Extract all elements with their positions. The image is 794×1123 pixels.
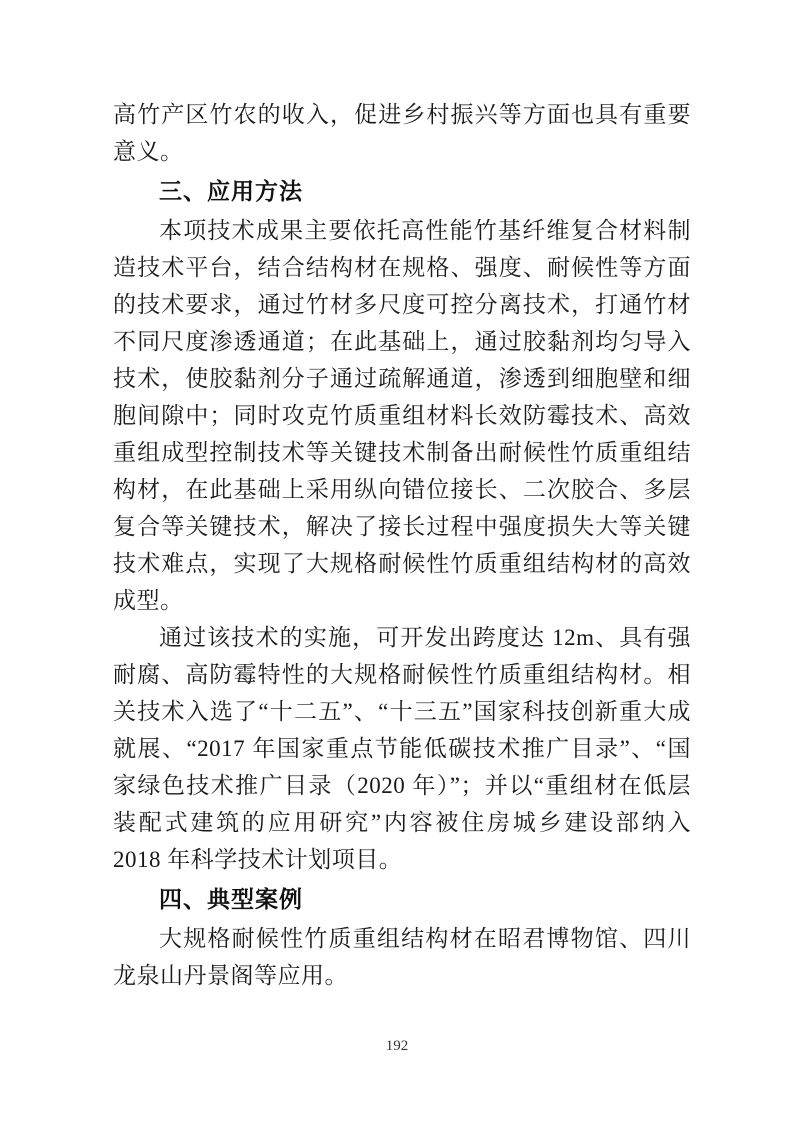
paragraph-technology-platform: 本项技术成果主要依托高性能竹基纤维复合材料制造技术平台，结合结构材在规格、强度、… <box>113 212 691 619</box>
paragraph-continuation: 高竹产区竹农的收入，促进乡村振兴等方面也具有重要意义。 <box>113 96 691 170</box>
section-heading-typical-cases: 四、典型案例 <box>113 878 691 920</box>
page-number: 192 <box>0 1038 794 1055</box>
section-heading-application-method: 三、应用方法 <box>113 170 691 212</box>
document-page: 高竹产区竹农的收入，促进乡村振兴等方面也具有重要意义。 三、应用方法 本项技术成… <box>0 0 794 1123</box>
page-content: 高竹产区竹农的收入，促进乡村振兴等方面也具有重要意义。 三、应用方法 本项技术成… <box>113 96 691 994</box>
paragraph-typical-cases: 大规格耐候性竹质重组结构材在昭君博物馆、四川龙泉山丹景阁等应用。 <box>113 920 691 994</box>
paragraph-technology-achievements: 通过该技术的实施，可开发出跨度达 12m、具有强耐腐、高防霉特性的大规格耐候性竹… <box>113 619 691 878</box>
